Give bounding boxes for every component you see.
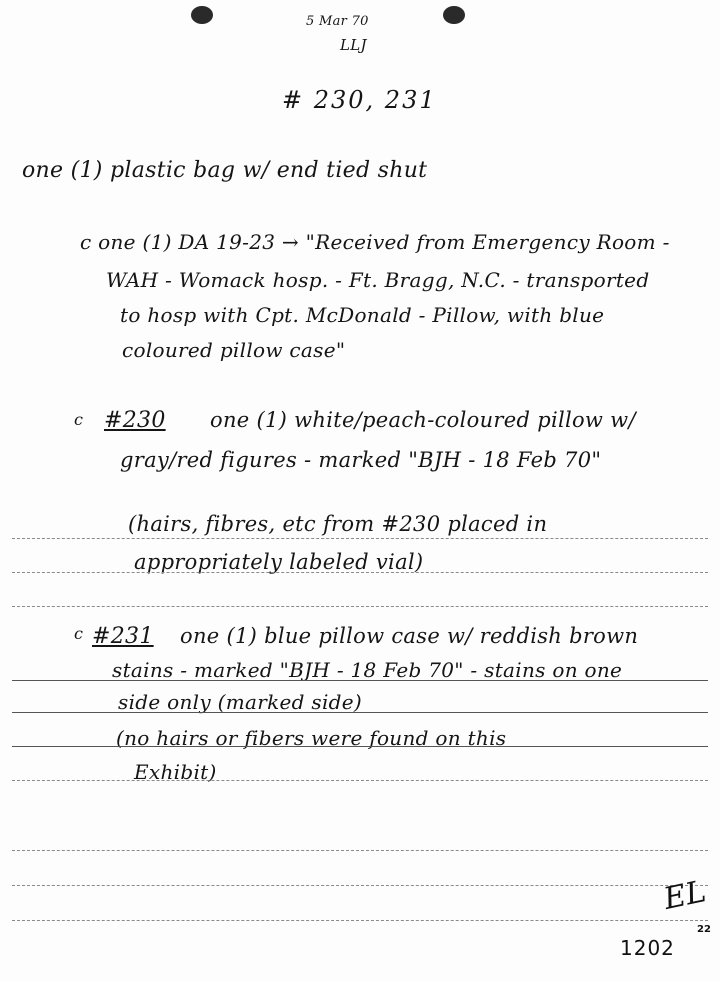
item-number: #231: [92, 624, 154, 649]
item-line: coloured pillow case": [122, 338, 345, 362]
header-initials: LLJ: [340, 36, 367, 54]
item-note: appropriately labeled vial): [134, 550, 423, 574]
item-line: gray/red figures - marked "BJH - 18 Feb …: [120, 448, 601, 472]
header-date: 5 Mar 70: [306, 14, 369, 29]
footer-initials: EL: [661, 874, 709, 917]
item-line: one (1) blue pillow case w/ reddish brow…: [180, 624, 638, 648]
ruled-line: [12, 606, 708, 607]
item-note: (hairs, fibres, etc from #230 placed in: [128, 512, 547, 536]
page-number: 1202: [620, 936, 675, 960]
ruled-line: [12, 538, 708, 539]
item-line: to hosp with Cpt. McDonald - Pillow, wit…: [120, 303, 604, 327]
page-superscript: 22: [697, 924, 711, 935]
ruled-line: [12, 885, 708, 886]
ruled-line: [12, 780, 708, 781]
exhibit-numbers: # 230, 231: [282, 86, 437, 114]
ruled-line: [12, 920, 708, 921]
ruled-line: [12, 572, 708, 573]
ruled-line: [12, 850, 708, 851]
item-line: WAH - Womack hosp. - Ft. Bragg, N.C. - t…: [106, 268, 649, 292]
item-line: side only (marked side): [118, 690, 362, 714]
punch-hole-right: [443, 6, 465, 24]
item-prefix: c: [74, 410, 83, 429]
item-prefix: c: [74, 624, 83, 643]
item-line: one (1) white/peach-coloured pillow w/: [210, 408, 636, 432]
item-line: c one (1) DA 19-23 → "Received from Emer…: [80, 230, 670, 254]
ruled-line: [12, 746, 708, 747]
ruled-line: [12, 712, 708, 713]
item-number: #230: [104, 408, 166, 433]
punch-hole-left: [191, 6, 213, 24]
item-line: stains - marked "BJH - 18 Feb 70" - stai…: [112, 658, 622, 682]
ruled-line: [12, 680, 708, 681]
container-description: one (1) plastic bag w/ end tied shut: [22, 158, 427, 183]
